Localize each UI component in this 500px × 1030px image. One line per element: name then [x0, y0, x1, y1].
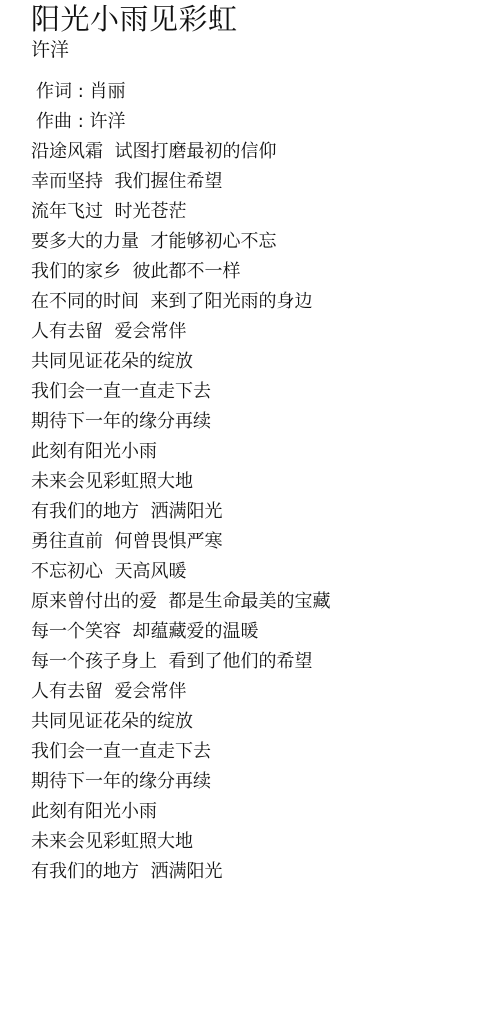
- lyric-line: 未来会见彩虹照大地: [31, 827, 500, 857]
- lyric-line: 在不同的时间 来到了阳光雨的身边: [31, 287, 500, 317]
- lyric-line: 我们会一直一直走下去: [31, 737, 500, 767]
- lyrics-page: 阳光小雨见彩虹 许洋 作词 : 肖丽 作曲 : 许洋 沿途风霜 试图打磨最初的信…: [31, 0, 500, 887]
- lyric-line: 共同见证花朵的绽放: [31, 707, 500, 737]
- lyric-line: 未来会见彩虹照大地: [31, 467, 500, 497]
- lyric-line: 人有去留 爱会常伴: [31, 677, 500, 707]
- lyrics-body: 作词 : 肖丽 作曲 : 许洋 沿途风霜 试图打磨最初的信仰 幸而坚持 我们握住…: [31, 77, 500, 887]
- lyric-line: 每一个笑容 却蕴藏爱的温暖: [31, 617, 500, 647]
- lyric-line: 每一个孩子身上 看到了他们的希望: [31, 647, 500, 677]
- lyric-line: 我们的家乡 彼此都不一样: [31, 257, 500, 287]
- lyric-line: 幸而坚持 我们握住希望: [31, 167, 500, 197]
- lyric-line: 期待下一年的缘分再续: [31, 407, 500, 437]
- lyric-line: 沿途风霜 试图打磨最初的信仰: [31, 137, 500, 167]
- lyricist-credit: 作词 : 肖丽: [31, 77, 500, 107]
- lyric-line: 此刻有阳光小雨: [31, 797, 500, 827]
- lyric-line: 原来曾付出的爱 都是生命最美的宝藏: [31, 587, 500, 617]
- lyric-line: 勇往直前 何曾畏惧严寒: [31, 527, 500, 557]
- composer-credit: 作曲 : 许洋: [31, 107, 500, 137]
- lyric-line: 流年飞过 时光苍茫: [31, 197, 500, 227]
- lyric-line: 有我们的地方 洒满阳光: [31, 497, 500, 527]
- lyric-line: 有我们的地方 洒满阳光: [31, 857, 500, 887]
- lyric-line: 不忘初心 天高风暖: [31, 557, 500, 587]
- song-title: 阳光小雨见彩虹: [31, 0, 500, 37]
- lyric-line: 此刻有阳光小雨: [31, 437, 500, 467]
- lyric-line: 我们会一直一直走下去: [31, 377, 500, 407]
- lyric-line: 人有去留 爱会常伴: [31, 317, 500, 347]
- lyric-line: 要多大的力量 才能够初心不忘: [31, 227, 500, 257]
- song-artist: 许洋: [31, 36, 500, 64]
- lyric-line: 期待下一年的缘分再续: [31, 767, 500, 797]
- lyric-line: 共同见证花朵的绽放: [31, 347, 500, 377]
